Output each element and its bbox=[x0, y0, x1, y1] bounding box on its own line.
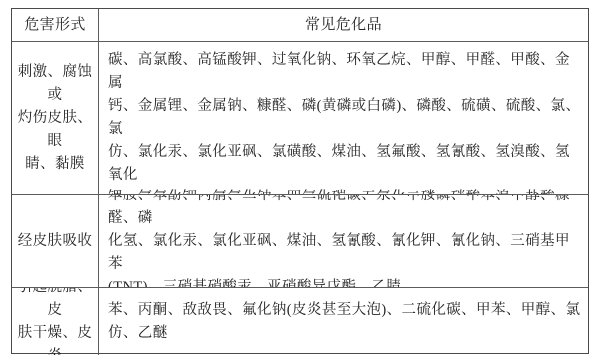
row-degreasing-hazard-label: 引起脱脂、皮 肤干燥、皮炎 bbox=[12, 288, 99, 355]
header-common-chemicals: 常见危化品 bbox=[99, 9, 588, 42]
header-hazard-form: 危害形式 bbox=[12, 9, 99, 42]
row-irritation-chemicals: 氨、苯胺、苯酚、苯甲酸、吡啶、敌敌畏、二氧化氮、二氧化硫、二氧化 碳、高氯酸、高… bbox=[99, 42, 588, 195]
document-page: 危害形式 常见危化品 刺激、腐蚀或 灼伤皮肤、眼 睛、黏膜 氨、苯胺、苯酚、苯甲… bbox=[0, 0, 600, 362]
row-degreasing-chemicals: 苯、丙酮、敌敌畏、氟化钠(皮炎甚至大泡)、二硫化碳、甲苯、甲醇、氯 仿、乙醚 bbox=[99, 288, 588, 355]
row-skin-absorption-hazard-label: 经皮肤吸收 bbox=[12, 195, 99, 288]
row-skin-absorption-chemicals: 苯胺、苯酚、丙腈、二甲苯、二硫化碳、汞、甲胺磷、甲苯、甲醇、糠醛、磷 化氢、氯化… bbox=[99, 195, 588, 288]
row-irritation-hazard-label: 刺激、腐蚀或 灼伤皮肤、眼 睛、黏膜 bbox=[12, 42, 99, 195]
hazard-chemicals-table: 危害形式 常见危化品 刺激、腐蚀或 灼伤皮肤、眼 睛、黏膜 氨、苯胺、苯酚、苯甲… bbox=[11, 8, 589, 354]
